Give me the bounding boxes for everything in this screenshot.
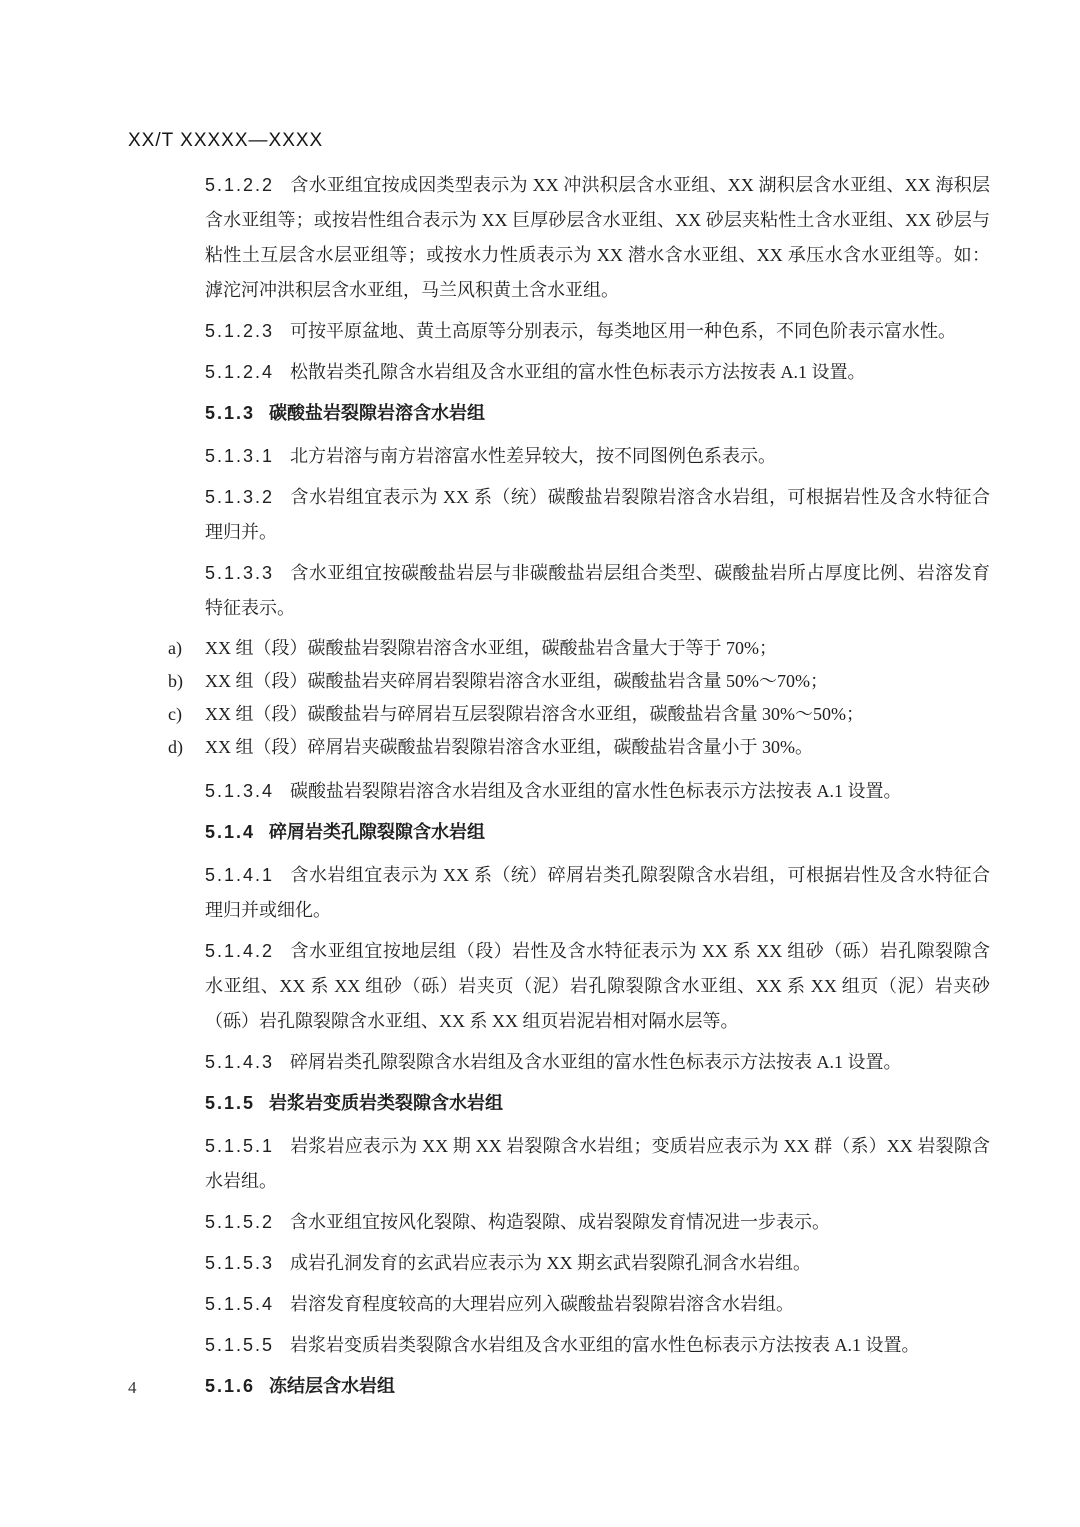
clause-text: 松散岩类孔隙含水岩组及含水亚组的富水性色标表示方法按表 A.1 设置。 xyxy=(290,362,866,382)
heading-text: 碳酸盐岩裂隙岩溶含水岩组 xyxy=(269,403,485,423)
clause-number: 5.1.5.3 xyxy=(205,1253,274,1273)
list-item-text: XX 组（段）碳酸盐岩裂隙岩溶含水亚组，碳酸盐岩含量大于等于 70%； xyxy=(205,638,777,658)
clause-5-1-3-1: 5.1.3.1北方岩溶与南方岩溶富水性差异较大，按不同图例色系表示。 xyxy=(205,439,990,474)
list-item-label: c) xyxy=(168,698,205,731)
document-page: XX/T XXXXX—XXXX 5.1.2.2含水亚组宜按成因类型表示为 XX … xyxy=(0,0,1080,1527)
clause-number: 5.1.4.3 xyxy=(205,1052,274,1072)
clause-number: 5.1.5.2 xyxy=(205,1212,274,1232)
list-item-text: XX 组（段）碎屑岩夹碳酸盐岩裂隙岩溶含水亚组，碳酸盐岩含量小于 30%。 xyxy=(205,737,813,757)
clause-number: 5.1.3.3 xyxy=(205,563,274,583)
section-heading-5-1-6: 5.1.6冻结层含水岩组 xyxy=(205,1369,990,1404)
clause-number: 5.1.3.4 xyxy=(205,781,274,801)
heading-number: 5.1.6 xyxy=(205,1376,255,1396)
clause-number: 5.1.4.2 xyxy=(205,941,274,961)
clause-text: 岩浆岩应表示为 XX 期 XX 岩裂隙含水岩组；变质岩应表示为 XX 群（系）X… xyxy=(205,1136,990,1191)
clause-number: 5.1.4.1 xyxy=(205,865,274,885)
clause-5-1-5-5: 5.1.5.5岩浆岩变质岩类裂隙含水岩组及含水亚组的富水性色标表示方法按表 A.… xyxy=(205,1328,990,1363)
clause-5-1-5-3: 5.1.5.3成岩孔洞发育的玄武岩应表示为 XX 期玄武岩裂隙孔洞含水岩组。 xyxy=(205,1246,990,1281)
clause-5-1-3-3: 5.1.3.3含水亚组宜按碳酸盐岩层与非碳酸盐岩层组合类型、碳酸盐岩所占厚度比例… xyxy=(205,556,990,626)
clause-5-1-5-2: 5.1.5.2含水亚组宜按风化裂隙、构造裂隙、成岩裂隙发育情况进一步表示。 xyxy=(205,1205,990,1240)
page-number: 4 xyxy=(128,1378,137,1397)
section-heading-5-1-5: 5.1.5岩浆岩变质岩类裂隙含水岩组 xyxy=(205,1086,990,1121)
list-item-label: d) xyxy=(168,731,205,764)
clause-text: 碳酸盐岩裂隙岩溶含水岩组及含水亚组的富水性色标表示方法按表 A.1 设置。 xyxy=(290,781,902,801)
heading-text: 岩浆岩变质岩类裂隙含水岩组 xyxy=(269,1093,503,1113)
clause-5-1-5-4: 5.1.5.4岩溶发育程度较高的大理岩应列入碳酸盐岩裂隙岩溶含水岩组。 xyxy=(205,1287,990,1322)
clause-text: 成岩孔洞发育的玄武岩应表示为 XX 期玄武岩裂隙孔洞含水岩组。 xyxy=(290,1253,811,1273)
clause-text: 含水岩组宜表示为 XX 系（统）碳酸盐岩裂隙岩溶含水岩组，可根据岩性及含水特征合… xyxy=(205,487,990,542)
clause-text: 岩浆岩变质岩类裂隙含水岩组及含水亚组的富水性色标表示方法按表 A.1 设置。 xyxy=(290,1335,920,1355)
page-header: XX/T XXXXX—XXXX xyxy=(128,130,323,152)
heading-number: 5.1.4 xyxy=(205,822,255,842)
list-item-d: d)XX 组（段）碎屑岩夹碳酸盐岩裂隙岩溶含水亚组，碳酸盐岩含量小于 30%。 xyxy=(168,731,990,764)
clause-text: 含水亚组宜按碳酸盐岩层与非碳酸盐岩层组合类型、碳酸盐岩所占厚度比例、岩溶发育特征… xyxy=(205,563,990,618)
clause-number: 5.1.5.5 xyxy=(205,1335,274,1355)
clause-5-1-4-2: 5.1.4.2含水亚组宜按地层组（段）岩性及含水特征表示为 XX 系 XX 组砂… xyxy=(205,934,990,1039)
lettered-list: a)XX 组（段）碳酸盐岩裂隙岩溶含水亚组，碳酸盐岩含量大于等于 70%； b)… xyxy=(168,632,990,764)
clause-5-1-3-4: 5.1.3.4碳酸盐岩裂隙岩溶含水岩组及含水亚组的富水性色标表示方法按表 A.1… xyxy=(205,774,990,809)
clause-5-1-2-2: 5.1.2.2含水亚组宜按成因类型表示为 XX 冲洪积层含水亚组、XX 湖积层含… xyxy=(205,168,990,308)
list-item-c: c)XX 组（段）碳酸盐岩与碎屑岩互层裂隙岩溶含水亚组，碳酸盐岩含量 30%～5… xyxy=(168,698,990,731)
clause-number: 5.1.2.4 xyxy=(205,362,274,382)
heading-text: 冻结层含水岩组 xyxy=(269,1376,395,1396)
clause-5-1-3-2: 5.1.3.2含水岩组宜表示为 XX 系（统）碳酸盐岩裂隙岩溶含水岩组，可根据岩… xyxy=(205,480,990,550)
clause-text: 含水亚组宜按地层组（段）岩性及含水特征表示为 XX 系 XX 组砂（砾）岩孔隙裂… xyxy=(205,941,990,1031)
clause-text: 北方岩溶与南方岩溶富水性差异较大，按不同图例色系表示。 xyxy=(290,446,776,466)
heading-number: 5.1.5 xyxy=(205,1093,255,1113)
list-item-text: XX 组（段）碳酸盐岩与碎屑岩互层裂隙岩溶含水亚组，碳酸盐岩含量 30%～50%… xyxy=(205,704,864,724)
page-footer: 4 xyxy=(128,1378,137,1398)
list-item-text: XX 组（段）碳酸盐岩夹碎屑岩裂隙岩溶含水亚组，碳酸盐岩含量 50%～70%； xyxy=(205,671,828,691)
clause-5-1-5-1: 5.1.5.1岩浆岩应表示为 XX 期 XX 岩裂隙含水岩组；变质岩应表示为 X… xyxy=(205,1129,990,1199)
heading-number: 5.1.3 xyxy=(205,403,255,423)
document-body: 5.1.2.2含水亚组宜按成因类型表示为 XX 冲洪积层含水亚组、XX 湖积层含… xyxy=(128,168,990,1412)
clause-5-1-2-3: 5.1.2.3可按平原盆地、黄土高原等分别表示，每类地区用一种色系，不同色阶表示… xyxy=(205,314,990,349)
clause-number: 5.1.3.2 xyxy=(205,487,274,507)
clause-number: 5.1.2.2 xyxy=(205,175,274,195)
clause-text: 岩溶发育程度较高的大理岩应列入碳酸盐岩裂隙岩溶含水岩组。 xyxy=(290,1294,794,1314)
section-heading-5-1-4: 5.1.4碎屑岩类孔隙裂隙含水岩组 xyxy=(205,815,990,850)
clause-text: 含水亚组宜按成因类型表示为 XX 冲洪积层含水亚组、XX 湖积层含水亚组、XX … xyxy=(205,175,990,300)
list-item-label: b) xyxy=(168,665,205,698)
list-item-label: a) xyxy=(168,632,205,665)
clause-number: 5.1.2.3 xyxy=(205,321,274,341)
clause-text: 可按平原盆地、黄土高原等分别表示，每类地区用一种色系，不同色阶表示富水性。 xyxy=(290,321,956,341)
list-item-b: b)XX 组（段）碳酸盐岩夹碎屑岩裂隙岩溶含水亚组，碳酸盐岩含量 50%～70%… xyxy=(168,665,990,698)
clause-5-1-2-4: 5.1.2.4松散岩类孔隙含水岩组及含水亚组的富水性色标表示方法按表 A.1 设… xyxy=(205,355,990,390)
clause-text: 含水岩组宜表示为 XX 系（统）碎屑岩类孔隙裂隙含水岩组，可根据岩性及含水特征合… xyxy=(205,865,990,920)
clause-5-1-4-3: 5.1.4.3碎屑岩类孔隙裂隙含水岩组及含水亚组的富水性色标表示方法按表 A.1… xyxy=(205,1045,990,1080)
section-heading-5-1-3: 5.1.3碳酸盐岩裂隙岩溶含水岩组 xyxy=(205,396,990,431)
heading-text: 碎屑岩类孔隙裂隙含水岩组 xyxy=(269,822,485,842)
clause-number: 5.1.3.1 xyxy=(205,446,274,466)
clause-text: 含水亚组宜按风化裂隙、构造裂隙、成岩裂隙发育情况进一步表示。 xyxy=(290,1212,830,1232)
clause-number: 5.1.5.1 xyxy=(205,1136,274,1156)
standard-code: XX/T XXXXX—XXXX xyxy=(128,130,323,151)
clause-number: 5.1.5.4 xyxy=(205,1294,274,1314)
clause-text: 碎屑岩类孔隙裂隙含水岩组及含水亚组的富水性色标表示方法按表 A.1 设置。 xyxy=(290,1052,902,1072)
clause-5-1-4-1: 5.1.4.1含水岩组宜表示为 XX 系（统）碎屑岩类孔隙裂隙含水岩组，可根据岩… xyxy=(205,858,990,928)
list-item-a: a)XX 组（段）碳酸盐岩裂隙岩溶含水亚组，碳酸盐岩含量大于等于 70%； xyxy=(168,632,990,665)
